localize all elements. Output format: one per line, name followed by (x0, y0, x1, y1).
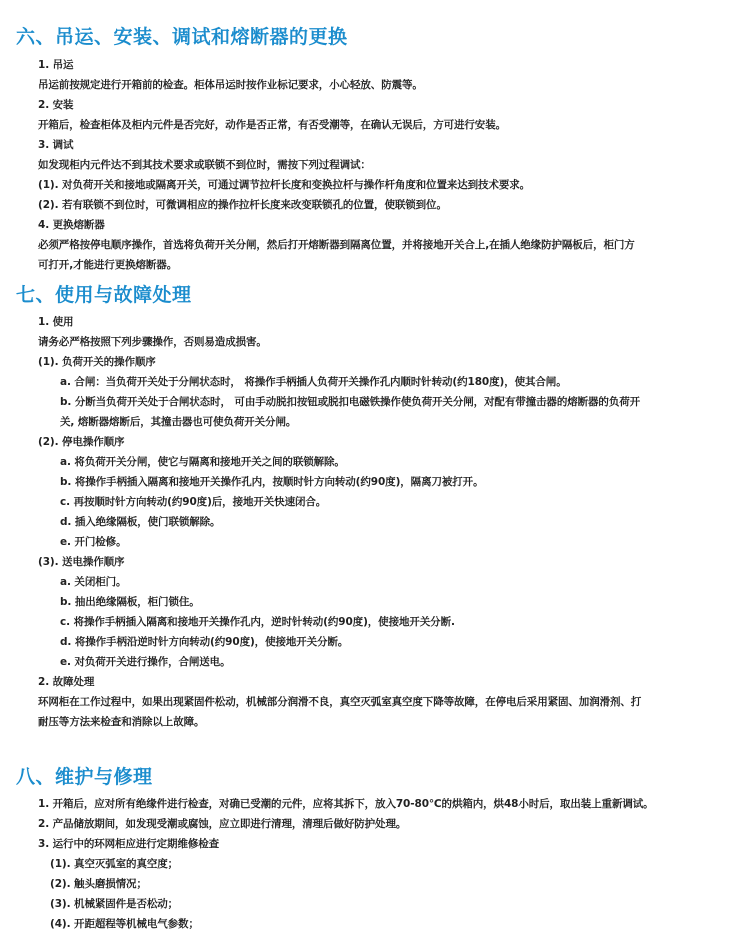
list-heading: (3). 送电操作顺序 (38, 555, 124, 569)
list-item: c. 再按顺时针方向转动(约90度)后，接地开关快速闭合。 (60, 495, 326, 509)
list-item: b. 分断当负荷开关处于合闸状态时， 可由手动脱扣按钮或脱扣电磁铁操作使负荷开关… (60, 395, 640, 409)
list-item: (1). 对负荷开关和接地或隔离开关，可通过调节拉杆长度和变换拉杆与操作杆角度和… (38, 178, 530, 192)
list-item: (4). 开距超程等机械电气参数； (50, 917, 199, 931)
list-item: d. 将操作手柄沿逆时针方向转动(约90度)，使接地开关分断。 (60, 635, 348, 649)
list-item: b. 抽出绝缘隔板，柜门锁住。 (60, 595, 200, 609)
paragraph: 必须严格按停电顺序操作，首选将负荷开关分闸，然后打开熔断器到隔离位置，并将接地开… (38, 238, 635, 252)
list-item: a. 合闸：当负荷开关处于分闸状态时， 将操作手柄插人负荷开关操作孔内顺时针转动… (60, 375, 567, 389)
list-item: (1). 真空灭弧室的真空度； (50, 857, 178, 871)
paragraph: 请务必严格按照下列步骤操作，否则易造成损害。 (38, 335, 267, 349)
list-item: a. 关闭柜门。 (60, 575, 126, 589)
subheading-troubleshooting: 2. 故障处理 (38, 675, 94, 689)
list-item: a. 将负荷开关分闸，使它与隔离和接地开关之间的联锁解除。 (60, 455, 345, 469)
list-item: e. 开门检修。 (60, 535, 126, 549)
subheading-fuse-replacement: 4. 更换熔断器 (38, 218, 105, 232)
paragraph: 如发现柜内元件达不到其技术要求或联锁不到位时，需按下列过程调试： (38, 158, 371, 172)
section-7-heading: 七、使用与故障处理 (16, 280, 192, 307)
paragraph: 环网柜在工作过程中，如果出现紧固件松动，机械部分润滑不良，真空灭弧室真空度下降等… (38, 695, 641, 709)
list-item: b. 将操作手柄插入隔离和接地开关操作孔内，按顺时针方向转动(约90度)，隔离刀… (60, 475, 483, 489)
list-item: 关, 熔断器熔断后，其撞击器也可使负荷开关分闸。 (60, 415, 296, 429)
paragraph: 耐压等方法来检查和消除以上故障。 (38, 715, 204, 729)
list-item: (3). 机械紧固件是否松动； (50, 897, 178, 911)
list-item: 1. 开箱后，应对所有绝缘件进行检查，对确已受潮的元件，应将其拆下，放入70-8… (38, 797, 654, 811)
paragraph: 可打开,才能进行更换熔断器。 (38, 258, 177, 272)
subheading-usage: 1. 使用 (38, 315, 73, 329)
section-8-heading: 八、维护与修理 (16, 762, 153, 789)
list-item: 2. 产品储放期间，如发现受潮或腐蚀，应立即进行清理，清理后做好防护处理。 (38, 817, 406, 831)
list-heading: (2). 停电操作顺序 (38, 435, 124, 449)
subheading-installation: 2. 安装 (38, 98, 73, 112)
list-item: (2). 若有联锁不到位时，可微调相应的操作拉杆长度来改变联锁孔的位置，使联锁到… (38, 198, 447, 212)
list-item: c. 将操作手柄插入隔离和接地开关操作孔内，逆时针转动(约90度)，使接地开关分… (60, 615, 455, 629)
list-item: 3. 运行中的环网柜应进行定期维修检查 (38, 837, 219, 851)
list-item: (2). 触头磨损情况； (50, 877, 147, 891)
paragraph: 开箱后，检查柜体及柜内元件是否完好，动作是否正常，有否受潮等，在确认无误后，方可… (38, 118, 506, 132)
paragraph: 吊运前按规定进行开箱前的检查。柜体吊运时按作业标记要求，小心轻放、防震等。 (38, 78, 423, 92)
list-item: e. 对负荷开关进行操作，合闸送电。 (60, 655, 230, 669)
subheading-commissioning: 3. 调试 (38, 138, 73, 152)
section-6-heading: 六、吊运、安装、调试和熔断器的更换 (16, 22, 348, 49)
list-heading: (1). 负荷开关的操作顺序 (38, 355, 156, 369)
subheading-lifting: 1. 吊运 (38, 58, 73, 72)
list-item: d. 插入绝缘隔板，使门联锁解除。 (60, 515, 220, 529)
